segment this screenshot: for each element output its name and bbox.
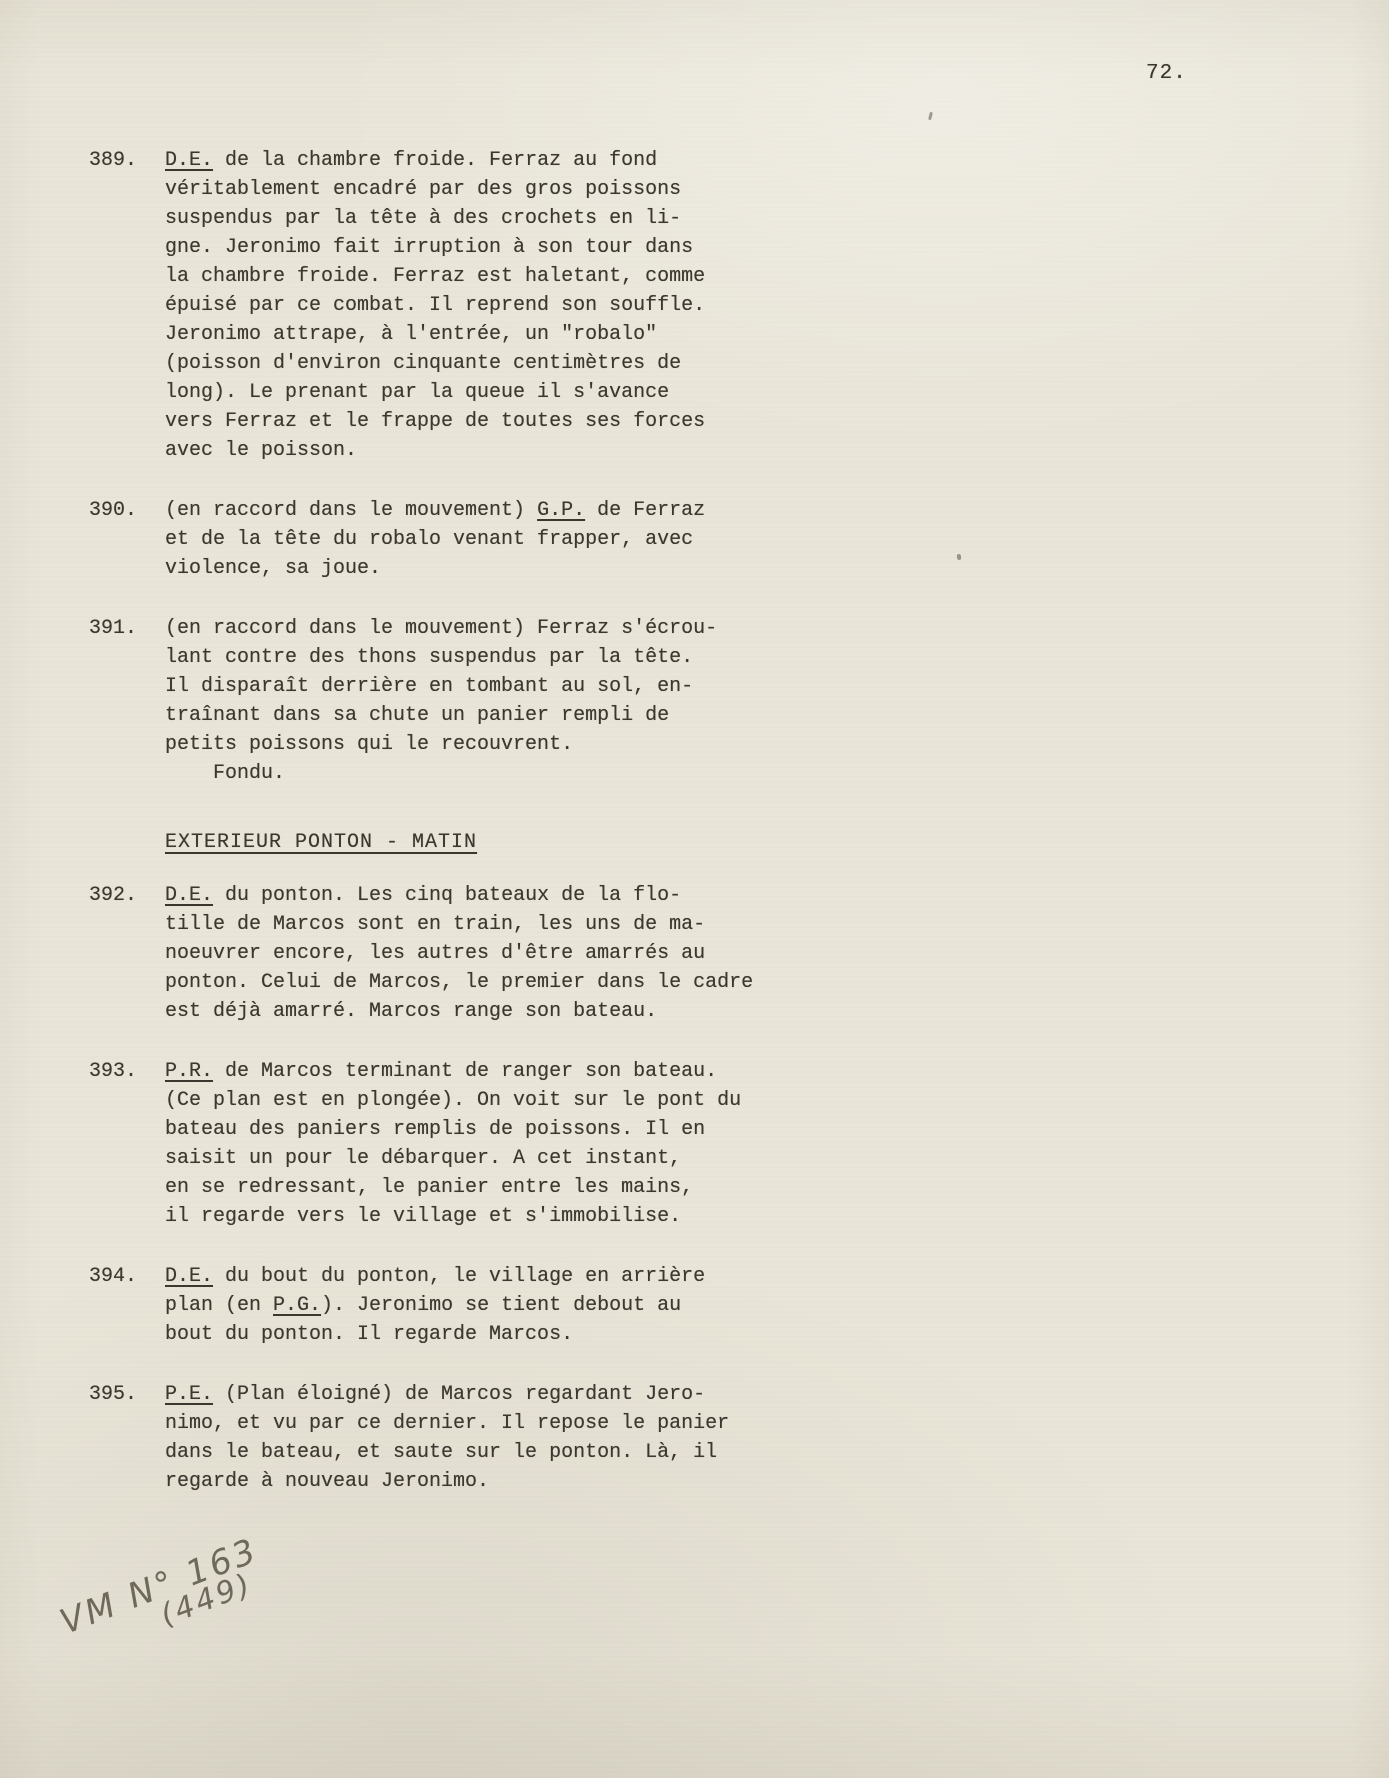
script-line: violence, sa joue. — [165, 554, 849, 583]
script-line: D.E. du ponton. Les cinq bateaux de la f… — [165, 881, 849, 910]
script-line: D.E. du bout du ponton, le village en ar… — [165, 1262, 849, 1291]
script-line: (en raccord dans le mouvement) Ferraz s'… — [165, 614, 849, 643]
underlined-abbreviation: D.E. — [165, 149, 213, 172]
scanned-script-page: { "page": { "number": "72.", "paper_colo… — [0, 0, 1389, 1778]
shot-number: 392. — [89, 881, 165, 910]
script-line: lant contre des thons suspendus par la t… — [165, 643, 849, 672]
shot-number: 389. — [89, 146, 165, 175]
script-line: P.E. (Plan éloigné) de Marcos regardant … — [165, 1380, 849, 1409]
underlined-abbreviation: P.E. — [165, 1383, 213, 1406]
shot-text: (en raccord dans le mouvement) Ferraz s'… — [165, 614, 849, 788]
script-line: saisit un pour le débarquer. A cet insta… — [165, 1144, 849, 1173]
paper-speck — [928, 112, 933, 120]
script-line: plan (en P.G.). Jeronimo se tient debout… — [165, 1291, 849, 1320]
shot-paragraph: 393.P.R. de Marcos terminant de ranger s… — [89, 1057, 849, 1231]
shot-number: 394. — [89, 1262, 165, 1291]
script-line: (Ce plan est en plongée). On voit sur le… — [165, 1086, 849, 1115]
scene-heading: EXTERIEUR PONTON - MATIN — [165, 828, 849, 857]
script-line: ponton. Celui de Marcos, le premier dans… — [165, 968, 849, 997]
shot-paragraph: 390.(en raccord dans le mouvement) G.P. … — [89, 496, 849, 583]
script-line: noeuvrer encore, les autres d'être amarr… — [165, 939, 849, 968]
shot-number: 390. — [89, 496, 165, 525]
script-line: épuisé par ce combat. Il reprend son sou… — [165, 291, 849, 320]
script-line: vers Ferraz et le frappe de toutes ses f… — [165, 407, 849, 436]
script-line: (en raccord dans le mouvement) G.P. de F… — [165, 496, 849, 525]
shot-text: D.E. du bout du ponton, le village en ar… — [165, 1262, 849, 1349]
handwritten-annotation: VM N° 163 (449) — [56, 1535, 272, 1666]
script-line: véritablement encadré par des gros poiss… — [165, 175, 849, 204]
script-line: avec le poisson. — [165, 436, 849, 465]
underlined-abbreviation: G.P. — [537, 499, 585, 522]
script-line: il regarde vers le village et s'immobili… — [165, 1202, 849, 1231]
underlined-abbreviation: P.G. — [273, 1294, 321, 1317]
shot-paragraph: 389.D.E. de la chambre froide. Ferraz au… — [89, 146, 849, 465]
script-line: gne. Jeronimo fait irruption à son tour … — [165, 233, 849, 262]
script-line: Fondu. — [165, 759, 849, 788]
shot-text: (en raccord dans le mouvement) G.P. de F… — [165, 496, 849, 583]
shot-text: D.E. de la chambre froide. Ferraz au fon… — [165, 146, 849, 465]
script-line: dans le bateau, et saute sur le ponton. … — [165, 1438, 849, 1467]
underlined-abbreviation: D.E. — [165, 1265, 213, 1288]
script-line: P.R. de Marcos terminant de ranger son b… — [165, 1057, 849, 1086]
shot-paragraph: 392.D.E. du ponton. Les cinq bateaux de … — [89, 881, 849, 1026]
script-line: petits poissons qui le recouvrent. — [165, 730, 849, 759]
script-line: la chambre froide. Ferraz est haletant, … — [165, 262, 849, 291]
script-line: en se redressant, le panier entre les ma… — [165, 1173, 849, 1202]
shot-number: 391. — [89, 614, 165, 643]
script-line: traînant dans sa chute un panier rempli … — [165, 701, 849, 730]
shot-text: P.R. de Marcos terminant de ranger son b… — [165, 1057, 849, 1231]
shot-paragraph: 391.(en raccord dans le mouvement) Ferra… — [89, 614, 849, 788]
shot-text: D.E. du ponton. Les cinq bateaux de la f… — [165, 881, 849, 1026]
shot-number: 395. — [89, 1380, 165, 1409]
shot-number: 393. — [89, 1057, 165, 1086]
shot-text: P.E. (Plan éloigné) de Marcos regardant … — [165, 1380, 849, 1496]
script-line: regarde à nouveau Jeronimo. — [165, 1467, 849, 1496]
script-line: bateau des paniers remplis de poissons. … — [165, 1115, 849, 1144]
page-number: 72. — [1146, 62, 1187, 85]
script-line: et de la tête du robalo venant frapper, … — [165, 525, 849, 554]
script-line: suspendus par la tête à des crochets en … — [165, 204, 849, 233]
underlined-abbreviation: D.E. — [165, 884, 213, 907]
script-line: est déjà amarré. Marcos range son bateau… — [165, 997, 849, 1026]
script-line: tille de Marcos sont en train, les uns d… — [165, 910, 849, 939]
script-line: D.E. de la chambre froide. Ferraz au fon… — [165, 146, 849, 175]
paper-speck — [957, 554, 962, 560]
script-line: long). Le prenant par la queue il s'avan… — [165, 378, 849, 407]
underlined-abbreviation: P.R. — [165, 1060, 213, 1083]
script-line: Jeronimo attrape, à l'entrée, un "robalo… — [165, 320, 849, 349]
script-line: Il disparaît derrière en tombant au sol,… — [165, 672, 849, 701]
shot-paragraph: 395.P.E. (Plan éloigné) de Marcos regard… — [89, 1380, 849, 1496]
script-line: nimo, et vu par ce dernier. Il repose le… — [165, 1409, 849, 1438]
script-body: 389.D.E. de la chambre froide. Ferraz au… — [89, 146, 849, 1527]
script-line: (poisson d'environ cinquante centimètres… — [165, 349, 849, 378]
shot-paragraph: 394.D.E. du bout du ponton, le village e… — [89, 1262, 849, 1349]
script-line: bout du ponton. Il regarde Marcos. — [165, 1320, 849, 1349]
